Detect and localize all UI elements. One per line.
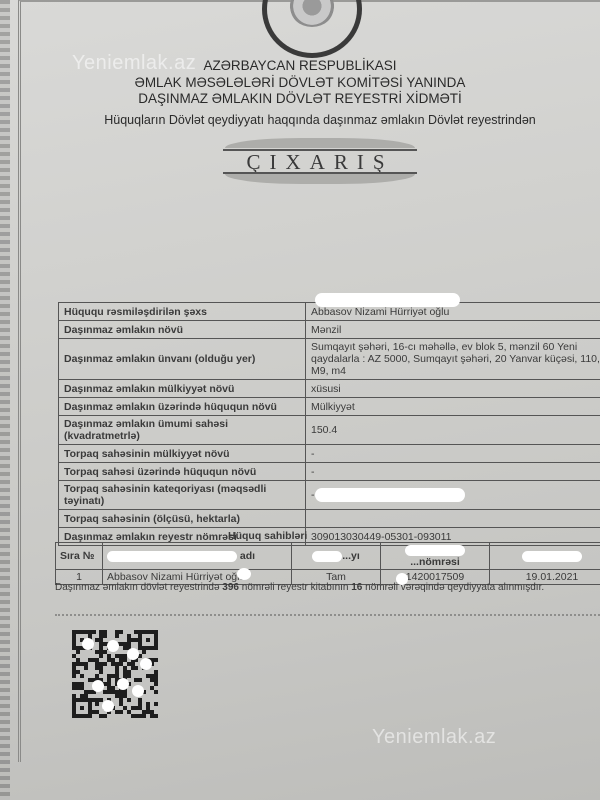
col-name-label: adı [240, 550, 255, 562]
registration-note: Daşınmaz əmlakın dövlət reyestrində 396 … [55, 582, 575, 594]
header-line-1: AZƏRBAYCAN RESPUBLİKASI [0, 58, 600, 73]
redaction [107, 640, 119, 652]
redaction [107, 551, 237, 562]
col-share: ...yı [292, 543, 381, 570]
row-value: 150.4 [306, 416, 600, 445]
header-line-2: ƏMLAK MƏSƏLƏLƏRİ DÖVLƏT KOMİTƏSİ YANINDA [0, 75, 600, 90]
col-no: Sıra № [56, 543, 103, 570]
book-number: 396 [222, 582, 239, 593]
row-value: xüsusi [306, 380, 600, 398]
redaction [405, 545, 465, 556]
redaction [396, 573, 408, 585]
table-row: Daşınmaz əmlakın növüMənzil [59, 321, 600, 339]
redaction [102, 700, 114, 712]
ornament-top [225, 138, 415, 148]
note-text-2: nömrəli reyestr kitabının [239, 582, 351, 593]
dotted-separator [55, 614, 600, 616]
note-text-3: nömrəli vərəqində qeydiyyata alınmışdır. [362, 582, 544, 593]
row-label: Daşınmaz əmlakın ümumi sahəsi (kvadratme… [59, 416, 306, 445]
col-date [490, 543, 600, 570]
col-name: adı [103, 543, 292, 570]
watermark-bottom: Yeniemlak.az [372, 726, 496, 749]
redaction [82, 638, 94, 650]
note-text-1: Daşınmaz əmlakın dövlət reyestrində [55, 582, 222, 593]
row-value: Sumqayıt şəhəri, 16-cı məhəllə, ev blok … [306, 339, 600, 380]
emblem-crest-icon [289, 0, 335, 27]
table-row: Daşınmaz əmlakın mülkiyyət növüxüsusi [59, 380, 600, 398]
row-value [306, 510, 600, 528]
table-row: Daşınmaz əmlakın ümumi sahəsi (kvadratme… [59, 416, 600, 445]
row-value: - [306, 463, 600, 481]
redaction [132, 685, 144, 697]
redaction [522, 551, 582, 562]
row-label: Torpaq sahəsinin (ölçüsü, hektarla) [59, 510, 306, 528]
row-label: Hüququ rəsmiləşdirilən şəxs [59, 303, 306, 321]
table-row: Daşınmaz əmlakın üzərində hüququn növüMü… [59, 398, 600, 416]
paper-edge [0, 0, 10, 800]
redaction [92, 680, 104, 692]
col-number: ...nömrəsi [381, 543, 490, 570]
property-table: Hüququ rəsmiləşdirilən şəxsAbbasov Nizam… [58, 302, 600, 546]
redaction [117, 678, 129, 690]
page-number: 16 [351, 582, 362, 593]
ornament-bottom [225, 174, 415, 184]
col-share-label: ...yı [342, 550, 360, 562]
redaction [127, 648, 139, 660]
document-title-banner: ÇIXARIŞ [225, 136, 415, 186]
qr-code[interactable] [72, 630, 158, 718]
owners-title: Hüquq sahibləri [228, 530, 307, 542]
row-label: Torpaq sahəsinin mülkiyyət növü [59, 445, 306, 463]
table-row: Daşınmaz əmlakın ünvanı (olduğu yer)Sumq… [59, 339, 600, 380]
redaction [312, 551, 342, 562]
row-label: Daşınmaz əmlakın ünvanı (olduğu yer) [59, 339, 306, 380]
row-label: Torpaq sahəsinin kateqoriyası (məqsədli … [59, 481, 306, 510]
owners-table: Sıra № adı ...yı ...nömrəsi 1 Abbasov Ni… [55, 542, 600, 585]
table-row: Torpaq sahəsinin (ölçüsü, hektarla) [59, 510, 600, 528]
row-label: Daşınmaz əmlakın növü [59, 321, 306, 339]
table-row: Torpaq sahəsi üzərində hüququn növü- [59, 463, 600, 481]
row-label: Daşınmaz əmlakın üzərində hüququn növü [59, 398, 306, 416]
redaction [315, 488, 465, 502]
row-label: Daşınmaz əmlakın mülkiyyət növü [59, 380, 306, 398]
redaction [237, 568, 251, 580]
row-value: - [306, 445, 600, 463]
header-subtitle: Hüquqların Dövlət qeydiyyatı haqqında da… [20, 113, 600, 127]
row-value: Mülkiyyət [306, 398, 600, 416]
table-row: Torpaq sahəsinin mülkiyyət növü- [59, 445, 600, 463]
col-number-label: ...nömrəsi [410, 556, 460, 568]
row-value: Mənzil [306, 321, 600, 339]
row-label: Torpaq sahəsi üzərində hüququn növü [59, 463, 306, 481]
owners-header-row: Sıra № adı ...yı ...nömrəsi [56, 543, 600, 570]
redaction [315, 293, 460, 307]
header-line-3: DAŞINMAZ ƏMLAKIN DÖVLƏT REYESTRİ XİDMƏTİ [0, 91, 600, 106]
redaction [140, 658, 152, 670]
